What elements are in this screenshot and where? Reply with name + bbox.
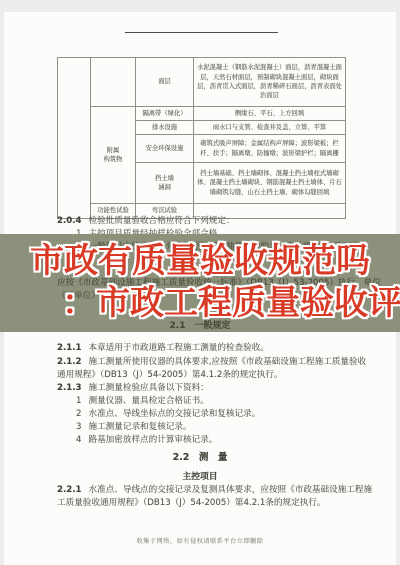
- document-canvas: 面层 水泥混凝土（钢筋水泥混凝土）面层，沥青混凝土面层，天然石材面层，预制砌块混…: [0, 0, 400, 565]
- item-text: 水准点、导线坐标点的交接记录和复核记录。: [88, 409, 260, 419]
- paragraph-2-1-2-line2: 通用规程》（DB13（J）54-2005）第4.1.2条的规定执行。: [57, 368, 283, 380]
- section-text: 施工测量所使用仪器的具体要求,应按照《市政基础设施工程施工质量验收: [88, 357, 366, 367]
- section-number: 2.1.1: [57, 343, 81, 353]
- paragraph-2-1-3: 2.1.3施工测量检验应具备以下资料：: [57, 381, 209, 393]
- table-cell-retaining-label: 挡土墙 涵洞: [136, 163, 194, 204]
- item-text: 施工测量记录和复核记录。: [88, 422, 191, 432]
- heading-2-2: 2.2 测 量: [0, 449, 400, 463]
- heading-2-1: 2.1 一般规定: [0, 318, 400, 331]
- list-item-213-1: 1测量仪器、量具检定合格证书。: [76, 394, 209, 406]
- table-cell-drain-label: 排水设施: [136, 121, 194, 135]
- paragraph-2-2-1-line1: 2.2.1水准点、导线点的交接记录及复测具体要求，应按照《市政基础设施工程施: [57, 483, 372, 495]
- section-number: 2.1.3: [57, 383, 81, 393]
- section-text: 本章适用于市政道路工程施工测量的检查验收。: [88, 343, 268, 353]
- table-cell-surface-label: 面层: [136, 58, 194, 107]
- table-cell-safety-content: 砌筑式吸声屏障；金属结构声屏障；波形梁板；栏杆、扶手；隔离墩、防撞墩；波形梁护栏…: [194, 135, 346, 163]
- table-cell-surface-content: 水泥混凝土（钢筋水泥混凝土）面层，沥青混凝土面层，天然石材面层，预制砌块混凝土面…: [194, 58, 346, 107]
- section-number: 2.1.2: [57, 357, 81, 367]
- list-item-213-3: 3施工测量记录和复核记录。: [76, 420, 192, 432]
- list-item-213-2: 2水准点、导线坐标点的交接记录和复核记录。: [76, 407, 260, 419]
- table-cell-left-blank: [58, 58, 91, 219]
- section-2-0-4: 2.0.4检验批质量验收合格应符合下列规定：: [57, 214, 235, 226]
- item-number: 1: [76, 396, 81, 406]
- table-cell-drain-content: 雨水口与支管、检查井及盖、立箅、平箅: [194, 121, 346, 135]
- table-cell-safety-label: 安全环保设施: [136, 135, 194, 163]
- paragraph-2-1-2-line1: 2.1.2施工测量所使用仪器的具体要求,应按照《市政基础设施工程施工质量验收: [57, 355, 366, 367]
- table-cell-green-content: 侧缘石、平石、上方回填: [194, 107, 346, 121]
- item-number: 3: [76, 422, 81, 432]
- section-number: 2.2.1: [57, 485, 81, 495]
- paragraph-2-2-1-line2: 工质量验收通用规程》（DB13（J）54-2005）第4.2.1条的规定执行。: [57, 496, 326, 508]
- section-number: 2.0.4: [57, 216, 81, 226]
- section-text: 水准点、导线点的交接记录及复测具体要求，应按照《市政基础设施工程施: [88, 485, 372, 495]
- item-number: 4: [76, 435, 81, 445]
- scan-header-line: [125, 32, 278, 33]
- table-cell-green-label: 隔离带（绿化）: [136, 107, 194, 121]
- table-cell-blank: [91, 58, 136, 107]
- watermark-title-line-2: ：市政工程质量验收评: [62, 283, 400, 323]
- watermark-title-line-1: 市政有质量验收规范吗: [0, 241, 400, 281]
- section-text: 施工测量检验应具备以下资料：: [88, 383, 208, 393]
- heading-master-items: 主控项目: [0, 469, 400, 482]
- table-cell-group-label: 附属 构筑物: [91, 107, 136, 204]
- list-item-213-4: 4路基加密放样点的计算审核记录。: [76, 433, 217, 445]
- item-number: 2: [76, 409, 81, 419]
- item-text: 路基加密放样点的计算审核记录。: [88, 435, 217, 445]
- footer-disclaimer: 收集于网络，如有侵权请联系平台立即删除: [0, 536, 400, 545]
- paragraph-2-1-1: 2.1.1本章适用于市政道路工程施工测量的检查验收。: [57, 341, 269, 353]
- classification-table: 面层 水泥混凝土（钢筋水泥混凝土）面层，沥青混凝土面层，天然石材面层，预制砌块混…: [57, 57, 346, 219]
- section-text: 检验批质量验收合格应符合下列规定：: [88, 216, 234, 226]
- item-text: 测量仪器、量具检定合格证书。: [88, 396, 208, 406]
- table-cell-retaining-content: 挡土墙基础、挡土墙砌体、混凝土挡土墙柱式墙砌体、混凝土挡土墙砌块、钢筋混凝土挡土…: [194, 163, 346, 204]
